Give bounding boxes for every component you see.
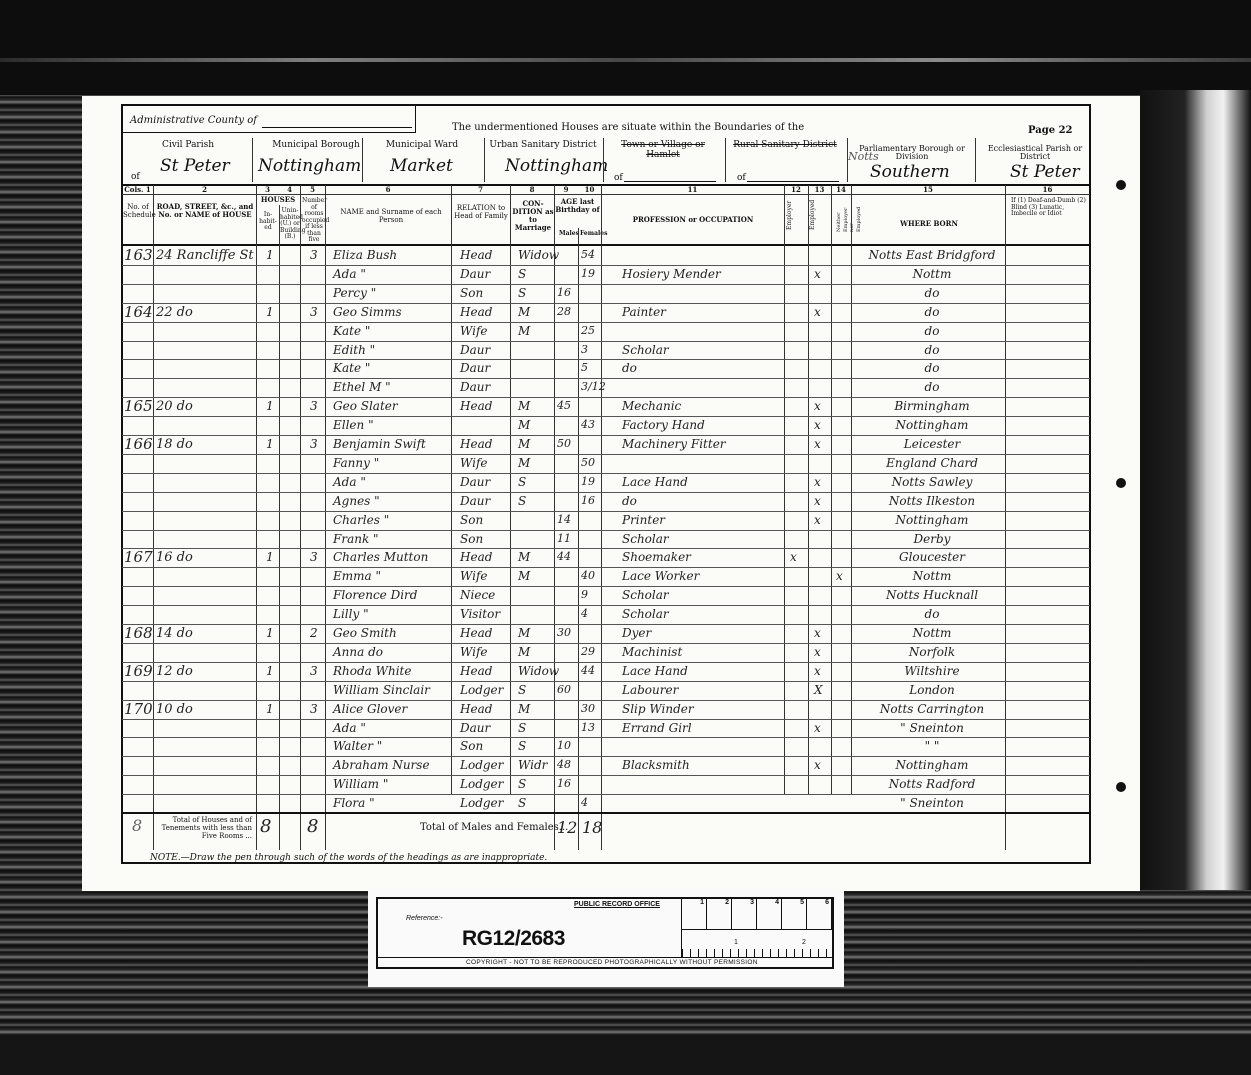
male-age: 16 (557, 777, 571, 790)
person-name: Ada " (333, 267, 366, 281)
relation: Daur (460, 343, 490, 357)
female-age: 44 (581, 664, 595, 677)
person-name: Flora " (333, 796, 375, 810)
person-name: Ellen " (333, 418, 374, 432)
birthplace: do (862, 324, 1002, 338)
occupation: Slip Winder (622, 702, 694, 716)
rooms-total: 8 (307, 816, 318, 837)
occupation: Lace Worker (622, 569, 699, 583)
rooms-count: 3 (310, 550, 318, 564)
ruler-label: 4 (757, 899, 782, 929)
column-number: 13 (808, 186, 831, 194)
schedule-number: 168 (124, 624, 153, 642)
ruler-label: 2 (707, 899, 732, 929)
person-name: William Sinclair (333, 683, 430, 697)
relation: Son (460, 739, 483, 753)
marital-condition: M (518, 645, 530, 659)
neither-mark: x (836, 569, 843, 583)
occupation: Scholar (622, 607, 669, 621)
female-age: 19 (581, 475, 595, 488)
address: 24 Rancliffe St (156, 248, 254, 263)
municipal-borough-label: Municipal Borough (252, 140, 380, 150)
female-age: 43 (581, 418, 595, 431)
female-age: 13 (581, 721, 595, 734)
rooms-count: 3 (310, 437, 318, 451)
relation: Head (460, 626, 492, 640)
occupation: Shoemaker (622, 550, 691, 564)
female-age: 30 (581, 702, 595, 715)
address: 20 do (156, 399, 193, 414)
civil-parish-label: Civil Parish (124, 140, 252, 150)
schedule-number: 164 (124, 303, 153, 321)
col-age-header: AGE last Birthday of (555, 198, 600, 214)
occupation: Hosiery Mender (622, 267, 721, 281)
female-age: 3/12 (581, 380, 606, 393)
male-age: 44 (557, 550, 571, 563)
marital-condition: S (518, 286, 526, 300)
marital-condition: M (518, 324, 530, 338)
col-inhabited-header: In-habit-ed (257, 212, 279, 232)
relation: Head (460, 399, 492, 413)
scan-background-bottom (0, 1035, 1251, 1075)
male-age: 14 (557, 513, 571, 526)
col-infirmity-header: If (1) Deaf-and-Dumb (2) Blind (3) Lunat… (1011, 198, 1089, 218)
female-age: 4 (581, 607, 588, 620)
females-total: 18 (582, 818, 602, 837)
marital-condition: S (518, 683, 526, 697)
reference-number: RG12/2683 (462, 927, 565, 951)
marital-condition: S (518, 494, 526, 508)
column-number: 7 (451, 186, 510, 194)
birthplace: Nottingham (862, 513, 1002, 527)
ecclesiastical-value: St Peter (1010, 162, 1080, 182)
male-age: 16 (557, 286, 571, 299)
occupation: Scholar (622, 532, 669, 546)
column-number: 5 (300, 186, 325, 194)
male-age: 11 (557, 532, 571, 545)
marital-condition: M (518, 437, 530, 451)
employed-mark: x (814, 664, 821, 678)
column-number: 10 (578, 186, 601, 194)
scan-background-right (1140, 90, 1251, 890)
occupation: Errand Girl (622, 721, 692, 735)
female-age: 25 (581, 324, 595, 337)
relation: Head (460, 305, 492, 319)
column-number: 6 (325, 186, 451, 194)
occupation: Blacksmith (622, 758, 690, 772)
birthplace: do (862, 286, 1002, 300)
person-name: Ethel M " (333, 380, 391, 394)
occupation: Dyer (622, 626, 651, 640)
relation: Head (460, 437, 492, 451)
relation: Daur (460, 721, 490, 735)
col-occupation-header: PROFESSION or OCCUPATION (602, 216, 784, 224)
person-name: Fanny " (333, 456, 379, 470)
male-age: 28 (557, 305, 571, 318)
birthplace: Leicester (862, 437, 1002, 451)
inhabited-count: 1 (266, 664, 274, 678)
marital-condition: S (518, 721, 526, 735)
marital-condition: S (518, 475, 526, 489)
ruler-label: 2 (802, 939, 806, 946)
person-name: Florence Dird (333, 588, 417, 602)
relation: Daur (460, 475, 490, 489)
scan-background-top (0, 0, 1251, 95)
marital-condition: M (518, 399, 530, 413)
column-number: 15 (851, 186, 1005, 194)
female-age: 5 (581, 361, 588, 374)
persons-total-label: Total of Males and Females... (420, 823, 568, 833)
ruler-label: 6 (807, 899, 832, 929)
punch-hole-icon (1116, 478, 1126, 488)
person-name: Emma " (333, 569, 381, 583)
col-houses-header: HOUSES (258, 196, 298, 204)
office-label: PUBLIC RECORD OFFICE (574, 901, 660, 908)
person-name: Frank " (333, 532, 379, 546)
male-age: 50 (557, 437, 571, 450)
person-name: Charles Mutton (333, 550, 428, 564)
marital-condition: Widow (518, 664, 559, 678)
col-females-header: Females (580, 231, 607, 238)
column-number: Cols. 1 (122, 186, 153, 194)
relation: Niece (460, 588, 495, 602)
col-schedule-header: No. of Schedule (123, 203, 153, 219)
birthplace: do (862, 343, 1002, 357)
inhabited-count: 1 (266, 626, 274, 640)
person-name: Edith " (333, 343, 375, 357)
person-name: Kate " (333, 361, 370, 375)
person-name: Eliza Bush (333, 248, 397, 262)
employed-mark: x (814, 721, 821, 735)
col-employed-header: Employed (810, 200, 817, 230)
admin-county-line (262, 127, 412, 128)
birthplace: Notts Radford (862, 777, 1002, 791)
occupation: Labourer (622, 683, 678, 697)
birthplace: Nottingham (862, 418, 1002, 432)
relation: Wife (460, 645, 488, 659)
address: 22 do (156, 305, 193, 320)
urban-sanitary-value: Nottingham (505, 156, 608, 176)
person-name: Ada " (333, 475, 366, 489)
marital-condition: S (518, 777, 526, 791)
marital-condition: S (518, 267, 526, 281)
schedule-number: 166 (124, 435, 153, 453)
parliamentary-value: Southern (870, 162, 950, 182)
person-name: Rhoda White (333, 664, 411, 678)
birthplace: " " (862, 739, 1002, 753)
birthplace: do (862, 305, 1002, 319)
marital-condition: M (518, 305, 530, 319)
occupation: do (622, 361, 637, 375)
inhabited-count: 1 (266, 248, 274, 262)
birthplace: Notts Sawley (862, 475, 1002, 489)
person-name: Alice Glover (333, 702, 407, 716)
houses-inhabited-total: 8 (260, 816, 271, 837)
inhabited-count: 1 (266, 305, 274, 319)
birthplace: Notts Carrington (862, 702, 1002, 716)
inhabited-count: 1 (266, 702, 274, 716)
houses-total-label: Total of Houses and of Tenements with le… (158, 816, 252, 840)
female-age: 50 (581, 456, 595, 469)
occupation: Lace Hand (622, 664, 688, 678)
col-name-header: NAME and Surname of each Person (330, 208, 452, 224)
rooms-count: 3 (310, 248, 318, 262)
town-line (624, 181, 716, 182)
birthplace: " Sneinton (862, 721, 1002, 735)
birthplace: Nottm (862, 626, 1002, 640)
rural-sanitary-label: Rural Sanitary District (725, 140, 845, 150)
of-label: of (131, 172, 140, 182)
schedule-total: 8 (132, 816, 142, 835)
birthplace: Norfolk (862, 645, 1002, 659)
column-number: 2 (153, 186, 256, 194)
marital-condition: M (518, 626, 530, 640)
relation: Wife (460, 569, 488, 583)
marital-condition: Widow (518, 248, 559, 262)
relation: Son (460, 286, 483, 300)
birthplace: Notts Ilkeston (862, 494, 1002, 508)
person-name: Geo Simms (333, 305, 402, 319)
person-name: William " (333, 777, 388, 791)
employed-mark: x (814, 513, 821, 527)
birthplace: England Chard (862, 456, 1002, 470)
birthplace: Notts Hucknall (862, 588, 1002, 602)
ecclesiastical-label: Ecclesiastical Parish or District (975, 145, 1095, 161)
birthplace: do (862, 607, 1002, 621)
occupation: Factory Hand (622, 418, 705, 432)
male-age: 10 (557, 739, 571, 752)
marital-condition: M (518, 418, 530, 432)
employed-mark: x (814, 758, 821, 772)
address: 16 do (156, 550, 193, 565)
birthplace: do (862, 361, 1002, 375)
col-employer-header: Employer (787, 201, 794, 230)
employer-mark: x (790, 550, 797, 564)
marital-condition: M (518, 702, 530, 716)
occupation: Scholar (622, 588, 669, 602)
relation: Head (460, 248, 492, 262)
birthplace: Gloucester (862, 550, 1002, 564)
punch-hole-icon (1116, 782, 1126, 792)
col-condition-header: CON-DITION as to Marriage (512, 200, 554, 232)
col-rooms-header: Number of rooms occupied if less than fi… (302, 198, 326, 244)
birthplace: Nottm (862, 267, 1002, 281)
birthplace: " Sneinton (862, 796, 1002, 810)
municipal-ward-label: Municipal Ward (362, 140, 482, 150)
female-age: 4 (581, 796, 588, 809)
scale-ruler: 123456 1 2 (681, 899, 832, 957)
female-age: 9 (581, 588, 588, 601)
employed-mark: x (814, 494, 821, 508)
marital-condition: M (518, 456, 530, 470)
rooms-count: 3 (310, 664, 318, 678)
employed-mark: x (814, 645, 821, 659)
employed-mark: x (814, 626, 821, 640)
rooms-count: 3 (310, 399, 318, 413)
column-number: 4 (279, 186, 300, 194)
column-number: 9 (554, 186, 578, 194)
birthplace: do (862, 380, 1002, 394)
address: 12 do (156, 664, 193, 679)
boundaries-text: The undermentioned Houses are situate wi… (452, 123, 804, 133)
employed-mark: x (814, 418, 821, 432)
relation: Daur (460, 380, 490, 394)
marital-condition: S (518, 796, 526, 810)
relation: Head (460, 702, 492, 716)
ruler-label: 5 (782, 899, 807, 929)
rooms-count: 3 (310, 305, 318, 319)
admin-county-label: Administrative County of (130, 116, 257, 126)
inhabited-count: 1 (266, 550, 274, 564)
female-age: 54 (581, 248, 595, 261)
marital-condition: S (518, 739, 526, 753)
male-age: 60 (557, 683, 571, 696)
males-total: 12 (557, 818, 577, 837)
reference-label: Reference:- (406, 915, 443, 922)
male-age: 45 (557, 399, 571, 412)
employed-mark: x (814, 475, 821, 489)
ruler-label: 3 (732, 899, 757, 929)
column-number: 11 (601, 186, 784, 194)
male-age: 30 (557, 626, 571, 639)
person-name: Geo Smith (333, 626, 397, 640)
of-label: of (614, 173, 623, 183)
relation: Wife (460, 456, 488, 470)
address: 18 do (156, 437, 193, 452)
relation: Lodger (460, 796, 503, 810)
urban-sanitary-label: Urban Sanitary District (484, 140, 602, 150)
employed-mark: X (814, 683, 823, 697)
relation: Daur (460, 494, 490, 508)
female-age: 3 (581, 343, 588, 356)
female-age: 19 (581, 267, 595, 280)
rural-line (747, 181, 839, 182)
column-number: 14 (831, 186, 851, 194)
occupation: Scholar (622, 343, 669, 357)
col-uninhabited-header: Unin-habited (U.) or Building (B.) (280, 208, 300, 241)
municipal-borough-value: Nottingham (258, 156, 361, 176)
male-age: 48 (557, 758, 571, 771)
column-number: 3 (256, 186, 279, 194)
schedule-number: 165 (124, 397, 153, 415)
punch-hole-icon (1116, 180, 1126, 190)
relation: Lodger (460, 683, 503, 697)
birthplace: Wiltshire (862, 664, 1002, 678)
person-name: Percy " (333, 286, 376, 300)
person-name: Geo Slater (333, 399, 398, 413)
copyright-notice: COPYRIGHT - NOT TO BE REPRODUCED PHOTOGR… (466, 959, 758, 966)
birthplace: Birmingham (862, 399, 1002, 413)
marital-condition: Widr (518, 758, 547, 772)
relation: Head (460, 550, 492, 564)
person-name: Anna do (333, 645, 383, 659)
occupation: Painter (622, 305, 666, 319)
birthplace: Nottingham (862, 758, 1002, 772)
ruler-label: 1 (734, 939, 738, 946)
inhabited-count: 1 (266, 399, 274, 413)
person-name: Lilly " (333, 607, 369, 621)
municipal-ward-value: Market (390, 156, 453, 176)
relation: Lodger (460, 758, 503, 772)
employed-mark: x (814, 399, 821, 413)
col-relation-header: RELATION to Head of Family (452, 204, 510, 220)
relation: Wife (460, 324, 488, 338)
relation: Head (460, 664, 492, 678)
column-number: 12 (784, 186, 808, 194)
column-number: 16 (1005, 186, 1090, 194)
schedule-number: 167 (124, 548, 153, 566)
col-where-born-header: WHERE BORN (853, 220, 1005, 228)
rooms-count: 3 (310, 702, 318, 716)
col-males-header: Males (559, 231, 579, 238)
birthplace: London (862, 683, 1002, 697)
town-village-label: Town or Village or Hamlet (603, 140, 723, 160)
marital-condition: M (518, 569, 530, 583)
person-name: Walter " (333, 739, 382, 753)
relation: Visitor (460, 607, 500, 621)
schedule-number: 170 (124, 700, 153, 718)
footnote: NOTE.—Draw the pen through such of the w… (150, 853, 547, 863)
column-number: 8 (510, 186, 554, 194)
female-age: 29 (581, 645, 595, 658)
employed-mark: x (814, 267, 821, 281)
birthplace: Derby (862, 532, 1002, 546)
ruler-label: 1 (682, 899, 707, 929)
employed-mark: x (814, 305, 821, 319)
rooms-count: 2 (310, 626, 318, 640)
relation: Lodger (460, 777, 503, 791)
marital-condition: M (518, 550, 530, 564)
female-age: 40 (581, 569, 595, 582)
relation: Daur (460, 267, 490, 281)
relation: Daur (460, 361, 490, 375)
occupation: Machinist (622, 645, 682, 659)
occupation: Lace Hand (622, 475, 688, 489)
occupation: Printer (622, 513, 665, 527)
schedule-number: 163 (124, 246, 153, 264)
public-record-office-stamp: PUBLIC RECORD OFFICE Reference:- RG12/26… (368, 889, 844, 987)
address: 14 do (156, 626, 193, 641)
schedule-number: 169 (124, 662, 153, 680)
person-name: Agnes " (333, 494, 380, 508)
of-label: of (737, 173, 746, 183)
female-age: 16 (581, 494, 595, 507)
birthplace: Notts East Bridgford (862, 248, 1002, 262)
person-name: Kate " (333, 324, 370, 338)
person-name: Abraham Nurse (333, 758, 430, 772)
occupation: Machinery Fitter (622, 437, 726, 451)
civil-parish-value: St Peter (160, 156, 230, 176)
address: 10 do (156, 702, 193, 717)
inhabited-count: 1 (266, 437, 274, 451)
person-name: Ada " (333, 721, 366, 735)
relation: Son (460, 513, 483, 527)
employed-mark: x (814, 437, 821, 451)
col-road-header: ROAD, STREET, &c., and No. or NAME of HO… (155, 203, 255, 219)
birthplace: Nottm (862, 569, 1002, 583)
occupation: Mechanic (622, 399, 681, 413)
person-name: Charles " (333, 513, 389, 527)
occupation: do (622, 494, 637, 508)
person-name: Benjamin Swift (333, 437, 426, 451)
relation: Son (460, 532, 483, 546)
